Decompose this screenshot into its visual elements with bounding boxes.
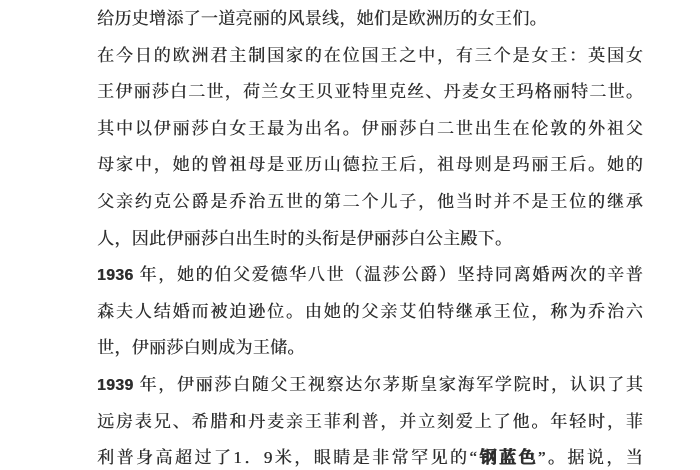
- document-text: 给历史增添了一道亮丽的风景线，她们是欧洲历的女王们。在今日的欧洲君主制国家的在位…: [97, 1, 643, 470]
- text-line: 1939 年，伊丽莎白随父王视察达尔茅斯皇家海军学院时，认识了其: [97, 367, 643, 404]
- text-segment: 在今日的欧洲君主制国家的在位国王之中，有三个是女王：英国女: [97, 46, 643, 65]
- text-line: 世，伊丽莎白则成为王储。: [97, 330, 643, 367]
- text-segment: 年，伊丽莎白随父王视察达尔茅斯皇家海军学院时，认识了其: [133, 375, 643, 394]
- text-line: 1936 年，她的伯父爱德华八世（温莎公爵）坚持同离婚两次的辛普: [97, 257, 643, 294]
- document-page: { "page": { "background_color": "#ffffff…: [0, 0, 700, 470]
- text-segment: 王伊丽莎白二世，荷兰女王贝亚特里克丝、丹麦女王玛格丽特二世。: [97, 82, 643, 101]
- text-line: 王伊丽莎白二世，荷兰女王贝亚特里克丝、丹麦女王玛格丽特二世。: [97, 74, 643, 111]
- text-segment: 父亲约克公爵是乔治五世的第二个儿子，他当时并不是王位的继承: [97, 192, 643, 211]
- text-segment: 远房表兄、希腊和丹麦亲王菲利普，并立刻爱上了他。年轻时，菲: [97, 412, 643, 431]
- text-segment: 世，伊丽莎白则成为王储。: [97, 338, 305, 357]
- text-line: 森夫人结婚而被迫逊位。由她的父亲艾伯特继承王位，称为乔治六: [97, 294, 643, 331]
- text-line: 给历史增添了一道亮丽的风景线，她们是欧洲历的女王们。: [97, 1, 643, 38]
- text-line: 远房表兄、希腊和丹麦亲王菲利普，并立刻爱上了他。年轻时，菲: [97, 404, 643, 441]
- bold-phrase: 钢蓝色: [477, 448, 538, 467]
- text-segment: 森夫人结婚而被迫逊位。由她的父亲艾伯特继承王位，称为乔治六: [97, 302, 643, 321]
- text-segment: ”。据说，当: [538, 448, 643, 467]
- text-line: 父亲约克公爵是乔治五世的第二个儿子，他当时并不是王位的继承: [97, 184, 643, 221]
- text-line: 利普身高超过了1．9米，眼睛是非常罕见的“钢蓝色”。据说，当: [97, 440, 643, 470]
- text-line: 其中以伊丽莎白女王最为出名。伊丽莎白二世出生在伦敦的外祖父: [97, 111, 643, 148]
- year-number: 1936: [97, 267, 133, 284]
- text-segment: 利普身高超过了1．9米，眼睛是非常罕见的“: [97, 448, 477, 467]
- text-segment: 给历史增添了一道亮丽的风景线，她们是欧洲历的女王们。: [97, 9, 547, 28]
- text-line: 母家中，她的曾祖母是亚历山德拉王后，祖母则是玛丽王后。她的: [97, 147, 643, 184]
- text-segment: 年，她的伯父爱德华八世（温莎公爵）坚持同离婚两次的辛普: [133, 265, 643, 284]
- text-segment: 人，因此伊丽莎白出生时的头衔是伊丽莎白公主殿下。: [97, 229, 512, 248]
- text-line: 在今日的欧洲君主制国家的在位国王之中，有三个是女王：英国女: [97, 38, 643, 75]
- text-line: 人，因此伊丽莎白出生时的头衔是伊丽莎白公主殿下。: [97, 221, 643, 258]
- text-segment: 其中以伊丽莎白女王最为出名。伊丽莎白二世出生在伦敦的外祖父: [97, 119, 643, 138]
- year-number: 1939: [97, 377, 133, 394]
- text-segment: 母家中，她的曾祖母是亚历山德拉王后，祖母则是玛丽王后。她的: [97, 155, 643, 174]
